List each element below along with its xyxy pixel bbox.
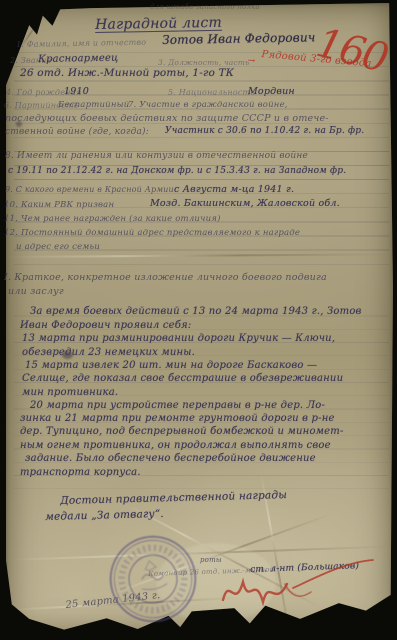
citation-line: задание. Было обеспечено бесперебойное д…	[25, 453, 316, 464]
verdict-line: медали „За отвагу“.	[45, 508, 164, 523]
unit-value: 26 отд. Инж.-Минной роты, 1-го ТК	[20, 67, 234, 79]
citation-line: За время боевых действий с 13 по 24 март…	[30, 306, 362, 317]
red-ink-signature	[215, 548, 387, 618]
form-item-7-label-end: ственной войне (где, когда):	[5, 127, 149, 137]
citation-line: Иван Федорович проявил себя:	[20, 320, 191, 331]
section-heading: I. Краткое, конкретное изложение личного…	[4, 272, 327, 283]
war-participation-value: Участник с 30.6 по 1.10.42 г. на Бр. фр.	[165, 126, 364, 136]
citation-line: обезвредил 23 немецких мины.	[22, 347, 195, 358]
form-item-11-label: 11. Чем ранее награжден (за какие отличи…	[4, 214, 221, 224]
fronts-value: с 19.11 по 21.12.42 г. на Донском фр. и …	[8, 166, 346, 176]
citation-line: 13 марта при разминировании дороги Кручи…	[22, 333, 335, 344]
awardee-name: Зотов Иван Федорович	[162, 30, 316, 47]
party-status-value: Беспартийный	[58, 100, 129, 110]
form-item-1-label: 1. Фамилия, имя и отчество	[16, 38, 146, 49]
citation-line: Селище, где показал свое бесстрашие в об…	[22, 373, 343, 384]
form-item-8-label: 8. Имеет ли ранения или контузии в отече…	[5, 151, 308, 161]
service-since-value: с Августа м-ца 1941 г.	[174, 184, 294, 195]
section-heading-cont: или заслуг	[8, 286, 64, 297]
document-title: Наградной лист	[95, 15, 222, 33]
citation-line: транспорта корпуса.	[20, 467, 141, 478]
draft-office-value: Мозд. Бакшинским, Жаловской обл.	[150, 198, 340, 209]
citation-line: 15 марта извлек 20 шт. мин на дороге Бас…	[25, 360, 317, 371]
registration-number: 160	[312, 20, 391, 82]
form-item-9-label: 9. С какого времени в Красной Армии	[5, 185, 174, 194]
citation-line: мин противника.	[22, 387, 118, 398]
form-item-5-label: 5. Национальность	[168, 88, 255, 97]
insertion-arrow: →	[247, 56, 255, 67]
citation-line: ным огнем противника, он продолжал выпол…	[20, 440, 331, 451]
verdict-line: Достоин правительственной награды	[60, 489, 287, 507]
form-item-12-label: 12. Постоянный домашний адрес представля…	[4, 228, 300, 238]
round-stamp-icon	[98, 524, 207, 633]
scanned-document: для штаба запасного полка Наградной лист…	[0, 0, 397, 640]
nationality-value: Мордвин	[248, 86, 295, 97]
form-item-12-label-cont: и адрес его семьи	[16, 242, 100, 252]
form-item-7-label-cont: последующих боевых действиях по защите С…	[5, 113, 329, 124]
citation-line: дер. Тупицино, под беспрерывной бомбежко…	[20, 426, 344, 437]
citation-line: 20 марта при устройстве переправы в р-не…	[30, 400, 325, 411]
rank-value: Красноармеец	[38, 53, 118, 65]
citation-line: зинка и 21 марта при ремонте грунтовой д…	[20, 413, 335, 424]
form-item-10-label: 10. Каким РВК призван	[4, 200, 114, 210]
form-item-3-label: 3. Должность, часть	[158, 58, 249, 67]
pencil-note: для штаба запасного полка	[150, 3, 260, 11]
form-item-7-label: 7. Участие в гражданской войне,	[128, 100, 288, 110]
birth-year-value: 1910	[64, 86, 89, 97]
